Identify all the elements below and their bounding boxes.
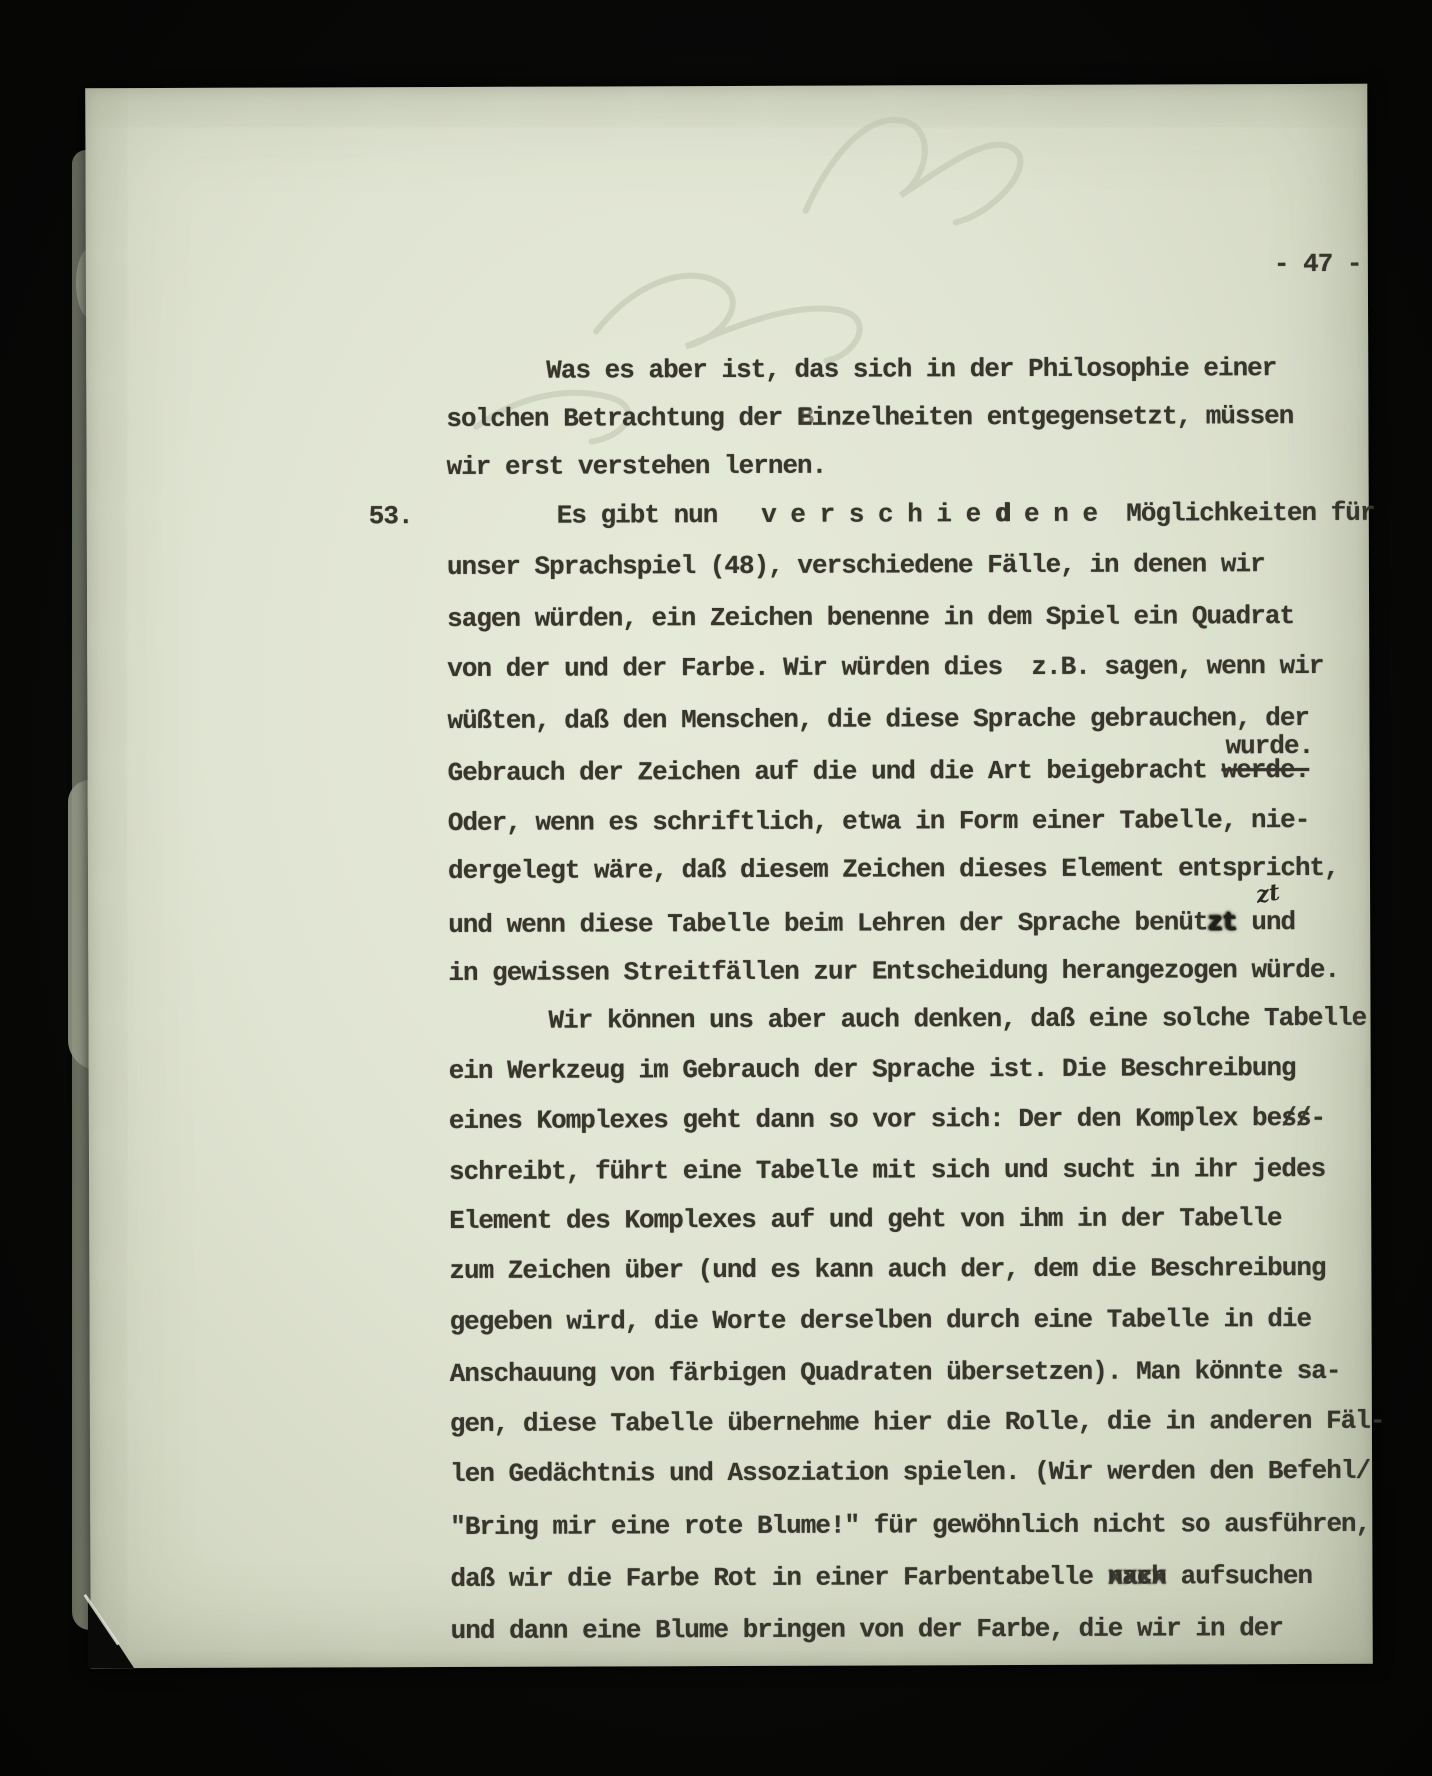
typed-text-layer: - 47 -Was es aber ist, das sich in der P… — [85, 84, 1373, 1668]
typed-text: gegeben wird, die Worte derselben durch … — [450, 1304, 1312, 1337]
typed-line-26: und dann eine Blume bringen von der Farb… — [451, 1614, 1283, 1647]
typed-line-24: "Bring mir eine rote Blume!" für gewöhnl… — [450, 1510, 1370, 1543]
typed-text: schreibt, führt eine Tabelle mit sich un… — [449, 1154, 1325, 1187]
typed-line-09: Gebrauch der Zeichen auf die und die Art… — [448, 756, 1310, 789]
typed-text: inzelheiten entgegensetzt, müssen — [811, 401, 1293, 433]
typed-text: daß wir die Farbe Rot in einer Farbentab… — [450, 1562, 1107, 1594]
typed-line-04: Es gibt nun v e r s c h i e d e n e Mögl… — [557, 499, 1375, 532]
typed-line-18: Element des Komplexes auf und geht von i… — [449, 1204, 1281, 1237]
typed-text: sagen würden, ein Zeichen benenne in dem… — [447, 601, 1294, 634]
typed-line-02: solchen Betrachtung der EBinzelheiten en… — [446, 402, 1293, 435]
typescript-page: - 47 -Was es aber ist, das sich in der P… — [85, 84, 1373, 1668]
overtype-overlay: B — [798, 403, 813, 433]
typed-line-15: ein Werkzeug im Gebrauch der Sprache ist… — [449, 1054, 1296, 1087]
typed-text: und dann eine Blume bringen von der Farb… — [451, 1613, 1283, 1646]
typed-line-16: eines Komplexes geht dann so vor sich: D… — [449, 1104, 1325, 1137]
typed-text: len Gedächtnis und Assoziation spielen. … — [450, 1456, 1370, 1489]
overtype-overlay: xxxx — [1108, 1562, 1167, 1592]
scan-background: - 47 -Was es aber ist, das sich in der P… — [0, 0, 1432, 1776]
typed-text: in gewissen Streitfällen zur Entscheidun… — [448, 955, 1339, 988]
typed-line-08: wüßten, daß den Menschen, die diese Spra… — [447, 704, 1309, 737]
typed-line-06: sagen würden, ein Zeichen benenne in dem… — [447, 602, 1294, 635]
typed-text: wir erst verstehen lernen. — [447, 451, 827, 482]
typed-text: Es gibt nun v e r s c h i e — [557, 499, 995, 531]
struck-word: werde. — [1222, 755, 1310, 785]
handwritten-zt: zt — [1254, 878, 1282, 908]
typed-line-20: gegeben wird, die Worte derselben durch … — [450, 1305, 1312, 1338]
typed-line-03: wir erst verstehen lernen. — [447, 452, 827, 483]
typed-line-22: gen, diese Tabelle übernehme hier die Ro… — [450, 1407, 1385, 1440]
handwritten-correction: zt — [1254, 880, 1281, 906]
typed-text: solchen Betrachtung der — [446, 403, 797, 434]
typed-text: Gebrauch der Zeichen auf die und die Art… — [448, 755, 1222, 788]
typed-text: von der und der Farbe. Wir würden dies z… — [447, 651, 1323, 684]
page-number: - 47 - — [1274, 250, 1362, 280]
typed-line-01: Was es aber ist, das sich in der Philoso… — [546, 354, 1276, 386]
typed-text: e n e Möglichkeiten für — [1009, 498, 1374, 529]
typed-line-21: Anschauung von färbigen Quadraten überse… — [450, 1357, 1341, 1390]
typed-text: gen, diese Tabelle übernehme hier die Ro… — [450, 1406, 1385, 1439]
typed-text: "Bring mir eine rote Blume!" für gewöhnl… — [450, 1509, 1370, 1542]
slashed-letters: ss// — [1281, 1104, 1310, 1134]
typed-line-23: len Gedächtnis und Assoziation spielen. … — [450, 1457, 1370, 1490]
ink-blot: zt — [1207, 907, 1236, 937]
typed-line-19: zum Zeichen über (und es kann auch der, … — [449, 1254, 1325, 1287]
overtyped-letter-d: d — [995, 499, 1010, 529]
x-overstruck-word: nachxxxx — [1108, 1562, 1167, 1592]
typed-text: Wir können uns aber auch denken, daß ein… — [548, 1003, 1366, 1036]
typed-line-05: unser Sprachspiel (48), verschiedene Fäl… — [447, 550, 1265, 583]
typed-line-12: und wenn diese Tabelle beim Lehren der S… — [448, 908, 1295, 941]
typed-text: ein Werkzeug im Gebrauch der Sprache ist… — [449, 1053, 1296, 1086]
typed-text: aufsuchen — [1166, 1561, 1312, 1592]
typed-line-10: Oder, wenn es schriftlich, etwa in Form … — [448, 806, 1310, 839]
typed-text: Element des Komplexes auf und geht von i… — [449, 1203, 1281, 1236]
typed-text: unser Sprachspiel (48), verschiedene Fäl… — [447, 549, 1265, 582]
typed-line-13: in gewissen Streitfällen zur Entscheidun… — [448, 956, 1339, 989]
typed-text: und — [1237, 907, 1296, 937]
typed-text: Was es aber ist, das sich in der Philoso… — [546, 353, 1276, 386]
overtyped-letter-E: EB — [797, 404, 812, 434]
typed-text: zum Zeichen über (und es kann auch der, … — [449, 1253, 1325, 1286]
typed-text: und wenn diese Tabelle beim Lehren der S… — [448, 907, 1207, 940]
typed-line-14: Wir können uns aber auch denken, daß ein… — [548, 1004, 1366, 1037]
typed-text: dergelegt wäre, daß diesem Zeichen diese… — [448, 853, 1339, 886]
typed-line-17: schreibt, führt eine Tabelle mit sich un… — [449, 1155, 1325, 1188]
typed-text: wüßten, daß den Menschen, die diese Spra… — [447, 703, 1309, 736]
section-number: 53. — [369, 502, 413, 532]
typed-text: Oder, wenn es schriftlich, etwa in Form … — [448, 805, 1310, 838]
overtype-overlay: // — [1281, 1104, 1310, 1134]
typed-line-25: daß wir die Farbe Rot in einer Farbentab… — [450, 1562, 1312, 1595]
typed-line-11: dergelegt wäre, daß diesem Zeichen diese… — [448, 854, 1339, 887]
typed-text: eines Komplexes geht dann so vor sich: D… — [449, 1103, 1281, 1136]
typed-text: Anschauung von färbigen Quadraten überse… — [450, 1356, 1341, 1389]
typed-text: - 47 - — [1274, 249, 1362, 279]
typed-text: - — [1310, 1103, 1325, 1133]
typed-line-07: von der und der Farbe. Wir würden dies z… — [447, 652, 1323, 685]
typed-text: 53. — [369, 501, 413, 531]
